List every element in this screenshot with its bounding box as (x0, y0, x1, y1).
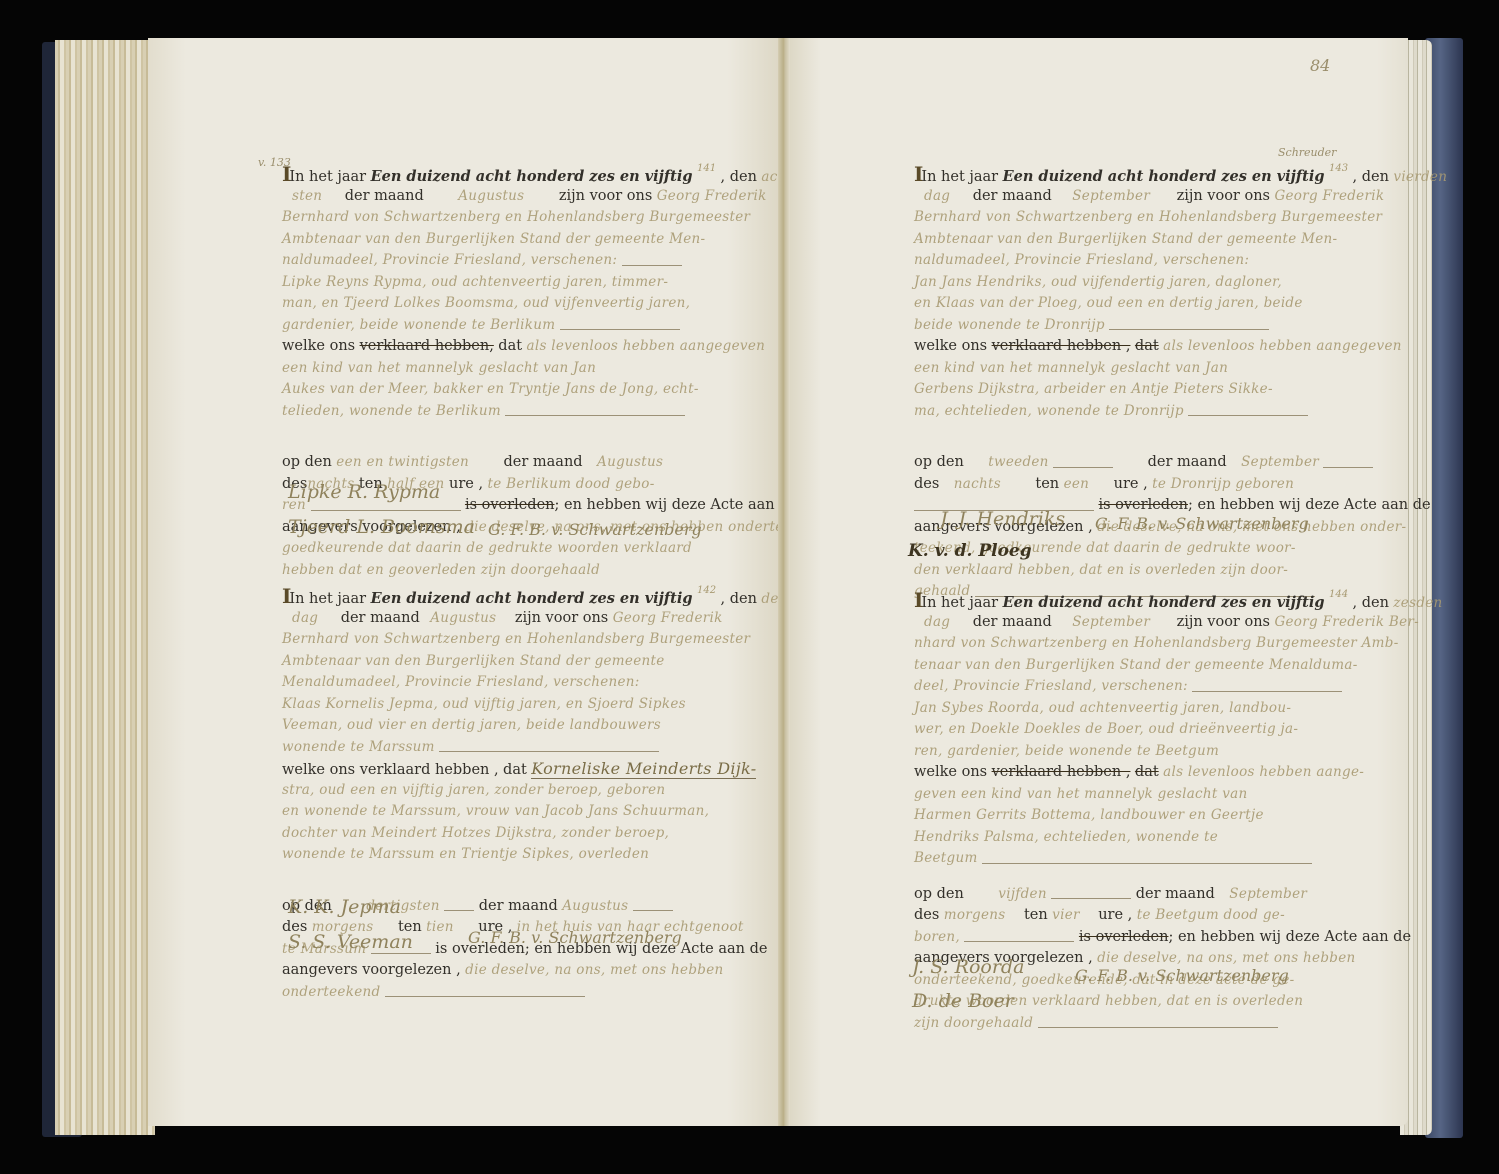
der-maand-label: der maand (1136, 886, 1215, 902)
closing-line: onderteekend (282, 984, 380, 1000)
den-label: , den (721, 591, 757, 607)
signature-declarant-1: K. K. Jepma (288, 896, 401, 918)
ten-label: ten (1035, 476, 1059, 492)
daypart-handwritten: nachts (954, 476, 1001, 492)
signature-official: G. F. B. v. Schwartzenberg (488, 520, 702, 539)
statement-line: dochter van Meindert Hotzes Dijkstra, zo… (282, 825, 669, 841)
des-label: des (914, 476, 939, 492)
declarants-line: wonende te Marssum (282, 739, 435, 755)
statement-line: Gerbens Dijkstra, arbeider en Antje Piet… (914, 381, 1273, 397)
act-number: 141 (697, 163, 716, 174)
printed-year: Een duizend acht honderd zes en vijftig (1003, 168, 1325, 185)
signature-official: G. F. B. v. Schwartzenberg (468, 928, 682, 947)
statement-line: telieden, wonende te Berlikum (282, 403, 501, 419)
dat-struck: dat (1135, 764, 1159, 780)
act-number: 144 (1329, 589, 1348, 600)
death-month-handwritten: Augustus (562, 898, 628, 914)
official-line: Ambtenaar van den Burgerlijken Stand der… (282, 231, 705, 247)
act-number: 143 (1329, 163, 1348, 174)
day-cont-handwritten: sten (292, 188, 322, 204)
statement-line: Harmen Gerrits Bottema, landbouwer en Ge… (914, 807, 1264, 823)
der-maand-label: der maand (973, 614, 1052, 630)
printed-year: Een duizend acht honderd zes en vijftig (371, 590, 693, 607)
zijn-voor-ons-label: zijn voor ons (515, 610, 608, 626)
closing-line: die deselve, na ons, met ons hebben (465, 962, 723, 978)
daypart-handwritten: morgens (944, 907, 1006, 923)
ure-label: ure , (1114, 476, 1148, 492)
page-edges-left (55, 40, 155, 1135)
signature-declarant-2: K. v. d. Ploeg (908, 541, 1032, 561)
official-line: naldumadeel, Provincie Friesland, versch… (914, 252, 1249, 268)
death-month-handwritten: Augustus (597, 454, 663, 470)
statement-line: Hendriks Palsma, echtelieden, wonende te (914, 829, 1218, 845)
left-page: v. 133 IIn het jaar Een duizend acht hon… (148, 38, 778, 1126)
official-line: Bernhard von Schwartzenberg en Hohenland… (914, 209, 1382, 225)
act-intro: In het jaar (921, 595, 998, 611)
statement-line: als levenloos hebben aange- (1163, 764, 1364, 780)
des-label: des (914, 907, 939, 923)
closing-printed: ; en hebben wij deze Acte aan de (555, 497, 798, 513)
death-day-handwritten: vijfden (998, 886, 1047, 902)
day-handwritten: vierden (1393, 169, 1447, 185)
welke-ons-label: welke ons verklaard hebben , (282, 762, 499, 778)
signature-declarant-1: J. J. Hendriks (940, 508, 1065, 530)
op-den-label: op den (914, 886, 964, 902)
closing-printed: ; en hebben wij deze Acte aan de (1188, 497, 1431, 513)
death-day-handwritten: tweeden (988, 454, 1048, 470)
official-line: deel, Provincie Friesland, verschenen: (914, 678, 1188, 694)
statement-line: geven een kind van het mannelyk geslacht… (914, 786, 1248, 802)
official-line: Menaldumadeel, Provincie Friesland, vers… (282, 674, 640, 690)
day-handwritten: zesden (1393, 595, 1442, 611)
op-den-label: op den (914, 454, 964, 470)
declarants-line: Jan Sybes Roorda, oud achtenveertig jare… (914, 700, 1291, 716)
place-handwritten: te Beetgum dood ge- (1137, 907, 1285, 923)
declarants-line: gardenier, beide wonende te Berlikum (282, 317, 555, 333)
der-maand-label: der maand (1148, 454, 1227, 470)
official-line: nhard von Schwartzenberg en Hohenlandsbe… (914, 635, 1399, 651)
statement-line: stra, oud een en vijftig jaren, zonder b… (282, 782, 665, 798)
der-maand-label: der maand (479, 898, 558, 914)
closing-line: goedkeurende dat daarin de gedrukte woor… (282, 540, 692, 556)
overleden-struck: is overleden (465, 497, 555, 513)
declarants-line: beide wonende te Dronrijp (914, 317, 1105, 333)
ure-label: ure , (1098, 907, 1132, 923)
official-line: Bernhard von Schwartzenberg en Hohenland… (282, 631, 750, 647)
official-line: Bernhard von Schwartzenberg en Hohenland… (282, 209, 750, 225)
hour-handwritten: een (1064, 476, 1090, 492)
welke-ons-label: welke ons (282, 338, 355, 354)
statement-line: een kind van het mannelyk geslacht van J… (282, 360, 596, 376)
death-month-handwritten: September (1229, 886, 1307, 902)
den-label: , den (1353, 595, 1389, 611)
signature-declarant-2: Tjeerd L. Boomsma (288, 516, 475, 538)
den-label: , den (721, 169, 757, 185)
death-act: IIn het jaar Een duizend acht honderd ze… (914, 164, 1394, 603)
statement-line: Beetgum (914, 850, 978, 866)
signature-official: G. F. B. v. Schwartzenberg (1075, 966, 1289, 985)
official-name-handwritten: Georg Frederik (657, 188, 767, 204)
aangevers-label: aangevers voorgelezen , (282, 962, 461, 978)
statement-line: en wonende te Marssum, vrouw van Jacob J… (282, 803, 709, 819)
verklaard-struck: verklaard hebben , (992, 764, 1131, 780)
closing-line: die deselve, na ons, met ons hebben (1097, 950, 1355, 966)
deceased-name-handwritten: Korneliske Meinderts Dijk- (531, 759, 756, 779)
signature-declarant-1: Lipke R. Rypma (288, 481, 440, 503)
month-handwritten: Augustus (430, 610, 496, 626)
op-den-label: op den (282, 454, 332, 470)
official-line: naldumadeel, Provincie Friesland, versch… (282, 252, 617, 268)
der-maand-label: der maand (341, 610, 420, 626)
signature-declarant-2: D. de Boer (912, 990, 1014, 1012)
page-number: 84 (1310, 56, 1330, 75)
signature-declarant-1: J. S. Roorda (912, 956, 1024, 978)
month-handwritten: Augustus (458, 188, 524, 204)
place-handwritten: te Dronrijp geboren (1152, 476, 1294, 492)
official-name-handwritten: Georg Frederik (1274, 188, 1384, 204)
hour-handwritten: vier (1052, 907, 1080, 923)
official-line: Ambtenaar van den Burgerlijken Stand der… (282, 653, 665, 669)
verklaard-struck: verklaard hebben , (992, 338, 1131, 354)
overleden-struck: is overleden (1079, 929, 1169, 945)
death-month-handwritten: September (1241, 454, 1319, 470)
declarants-line: man, en Tjeerd Lolkes Boomsma, oud vijfe… (282, 295, 690, 311)
act-number: 142 (697, 585, 716, 596)
printed-year: Een duizend acht honderd zes en vijftig (371, 168, 693, 185)
declarants-line: Klaas Kornelis Jepma, oud vijftig jaren,… (282, 696, 686, 712)
hour-handwritten: tien (426, 919, 454, 935)
signature-official: G. F. B. v. Schwartzenberg (1095, 514, 1309, 533)
signature-declarant-2: S. S. Veeman (288, 931, 413, 953)
zijn-voor-ons-label: zijn voor ons (1177, 188, 1270, 204)
month-handwritten: September (1072, 188, 1150, 204)
closing-line: den verklaard hebben, dat en is overlede… (914, 562, 1288, 578)
day-cont-handwritten: dag (924, 188, 950, 204)
dat-label: dat (503, 762, 527, 778)
welke-ons-label: welke ons (914, 764, 987, 780)
declarants-line: Jan Jans Hendriks, oud vijfendertig jare… (914, 274, 1282, 290)
death-day-handwritten: een en twintigsten (336, 454, 469, 470)
official-name-handwritten: Georg Frederik (613, 610, 723, 626)
verklaard-struck: verklaard hebben, (360, 338, 494, 354)
closing-line: hebben dat en geoverleden zijn doorgehaa… (282, 562, 600, 578)
act-intro: In het jaar (921, 169, 998, 185)
official-line: Ambtenaar van den Burgerlijken Stand der… (914, 231, 1337, 247)
official-line: tenaar van den Burgerlijken Stand der ge… (914, 657, 1358, 673)
closing-printed: ; en hebben wij deze Acte aan de (1168, 929, 1411, 945)
closing-line: zijn doorgehaald (914, 1015, 1033, 1031)
declarants-line: Veeman, oud vier en dertig jaren, beide … (282, 717, 661, 733)
statement-line: als levenloos hebben aangegeven (527, 338, 766, 354)
welke-ons-label: welke ons (914, 338, 987, 354)
right-page: 84 Schreuder IIn het jaar Een duizend ac… (790, 38, 1408, 1126)
ure-label: ure , (449, 476, 483, 492)
statement-line: wonende te Marssum en Trientje Sipkes, o… (282, 846, 649, 862)
statement-line: een kind van het mannelyk geslacht van J… (914, 360, 1228, 376)
act-intro: In het jaar (289, 169, 366, 185)
zijn-voor-ons-label: zijn voor ons (559, 188, 652, 204)
declarants-line: ren, gardenier, beide wonende te Beetgum (914, 743, 1219, 759)
month-handwritten: September (1072, 614, 1150, 630)
day-cont-handwritten: dag (924, 614, 950, 630)
official-name-handwritten: Georg Frederik Ber- (1274, 614, 1419, 630)
overleden-struck: is overleden (1098, 497, 1188, 513)
der-maand-label: der maand (345, 188, 424, 204)
declarants-line: wer, en Doekle Doekles de Boer, oud drie… (914, 721, 1298, 737)
declarants-line: en Klaas van der Ploeg, oud een en derti… (914, 295, 1303, 311)
statement-line: als levenloos hebben aangegeven (1163, 338, 1402, 354)
book-gutter (778, 38, 790, 1126)
der-maand-label: der maand (504, 454, 583, 470)
printed-year: Een duizend acht honderd zes en vijftig (1003, 594, 1325, 611)
der-maand-label: der maand (973, 188, 1052, 204)
place-cont-handwritten: boren, (914, 929, 960, 945)
place-handwritten: te Berlikum dood gebo- (488, 476, 655, 492)
margin-note: Schreuder (1278, 146, 1336, 159)
statement-line: ma, echtelieden, wonende te Dronrijp (914, 403, 1184, 419)
statement-line: Aukes van der Meer, bakker en Tryntje Ja… (282, 381, 699, 397)
act-intro: In het jaar (289, 591, 366, 607)
dat-label: dat (498, 338, 522, 354)
dat-struck: dat (1135, 338, 1159, 354)
declarants-line: Lipke Reyns Rypma, oud achtenveertig jar… (282, 274, 668, 290)
zijn-voor-ons-label: zijn voor ons (1177, 614, 1270, 630)
ten-label: ten (1024, 907, 1048, 923)
den-label: , den (1353, 169, 1389, 185)
day-cont-handwritten: dag (292, 610, 318, 626)
